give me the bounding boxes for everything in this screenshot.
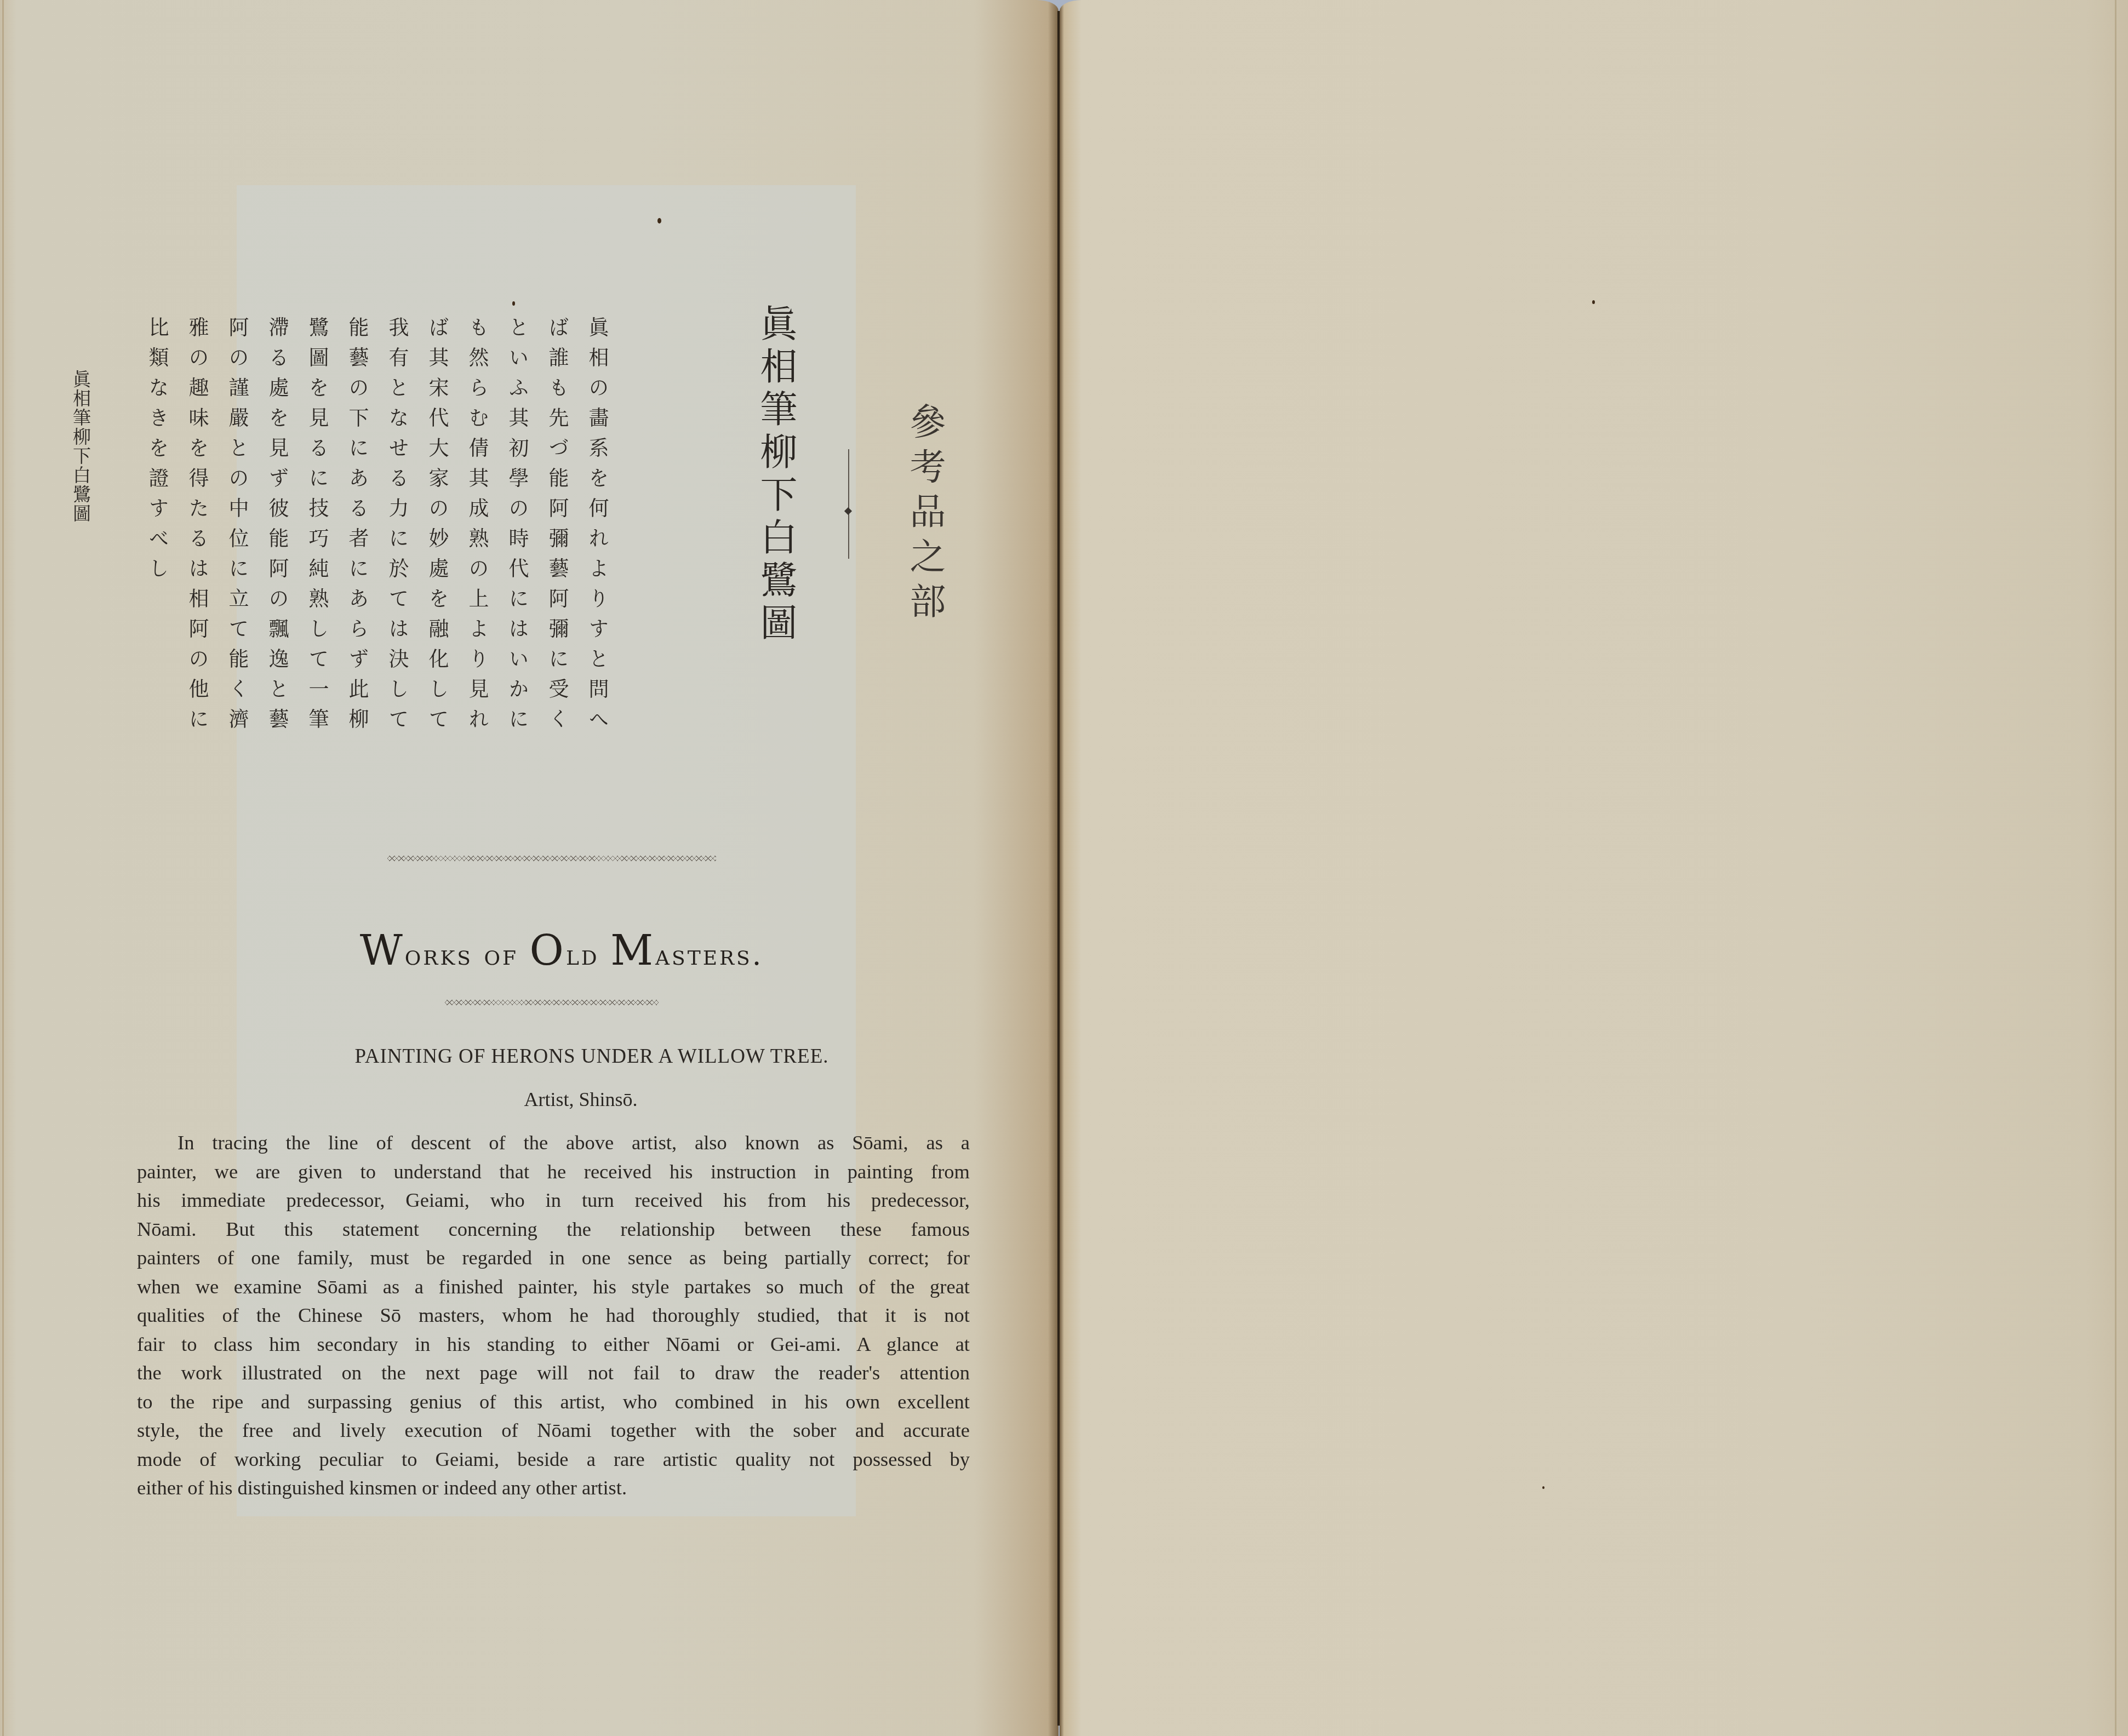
section-heading: 參考品之部 xyxy=(899,403,951,627)
body-line: either of his distinguished kinsmen or i… xyxy=(137,1474,970,1503)
page-edge xyxy=(2,0,4,1736)
body-line: the work illustrated on the next page wi… xyxy=(137,1359,970,1388)
body-line: fair to class him secondary in his stand… xyxy=(137,1330,970,1359)
body-line: his immediate predecessor, Geiami, who i… xyxy=(137,1186,970,1215)
jp-column: 能藝の下にある者にあらず此柳 xyxy=(337,317,377,738)
book-spread: 眞相筆柳下白鷺圖 參考品之部 眞相筆柳下白鷺圖 眞相の畵系を何れよりすと問へ ば… xyxy=(0,0,2128,1736)
body-line: Nōami. But this statement concerning the… xyxy=(137,1215,970,1244)
jp-column: 雅の趣味を得たるは相阿の他に xyxy=(177,317,217,738)
japanese-title: 眞相筆柳下白鷺圖 xyxy=(749,304,802,646)
japanese-body: 眞相の畵系を何れよりすと問へ ば誰も先づ能阿彌藝阿彌に受く といふ其初學の時代に… xyxy=(137,317,617,788)
right-page xyxy=(1060,0,2128,1736)
vertical-divider xyxy=(848,449,849,559)
jp-column: 我有となせる力に於ては決して xyxy=(377,317,417,738)
jp-column: も然らむ倩其成熟の上より見れ xyxy=(457,317,497,738)
body-line: painters of one family, must be regarded… xyxy=(137,1244,970,1273)
jp-column: 滯る處を見ず彼能阿の飄逸と藝 xyxy=(257,317,297,738)
paper-speck xyxy=(1542,1486,1544,1489)
english-body: In tracing the line of descent of the ab… xyxy=(137,1128,970,1503)
painting-title: PAINTING OF HERONS UNDER A WILLOW TREE. xyxy=(236,1045,948,1068)
wavy-rule xyxy=(387,856,716,861)
body-line: In tracing the line of descent of the ab… xyxy=(137,1128,970,1158)
body-line: qualities of the Chinese Sō masters, who… xyxy=(137,1301,970,1330)
jp-column: 阿の謹嚴との中位に立て能く濟 xyxy=(217,317,257,738)
body-line: style, the free and lively execution of … xyxy=(137,1416,970,1445)
body-line: when we examine Sōami as a finished pain… xyxy=(137,1273,970,1302)
jp-column: といふ其初學の時代にはいかに xyxy=(497,317,537,738)
page-edge xyxy=(2115,0,2116,1736)
jp-column: 眞相の畵系を何れよりすと問へ xyxy=(577,317,617,738)
jp-column: 比類なきを證すべし xyxy=(137,317,177,588)
paper-speck xyxy=(1592,300,1595,304)
artist-credit: Artist, Shinsō. xyxy=(290,1088,871,1111)
jp-column: ば誰も先づ能阿彌藝阿彌に受く xyxy=(537,317,577,738)
running-head: 眞相筆柳下白鷺圖 xyxy=(68,370,94,523)
wavy-rule xyxy=(445,1000,659,1005)
body-line: to the ripe and surpassing genius of thi… xyxy=(137,1388,970,1417)
left-page: 眞相筆柳下白鷺圖 參考品之部 眞相筆柳下白鷺圖 眞相の畵系を何れよりすと問へ ば… xyxy=(0,0,1059,1736)
body-line: mode of working peculiar to Geiami, besi… xyxy=(137,1445,970,1474)
english-title: Works of Old Masters. xyxy=(274,926,849,975)
jp-column: ば其宋代大家の妙處を融化して xyxy=(417,317,457,738)
paper-speck xyxy=(657,218,661,224)
body-line: painter, we are given to understand that… xyxy=(137,1158,970,1187)
jp-column: 鷺圖を見るに技巧純熟して一筆 xyxy=(297,317,337,738)
paper-speck xyxy=(512,301,515,306)
